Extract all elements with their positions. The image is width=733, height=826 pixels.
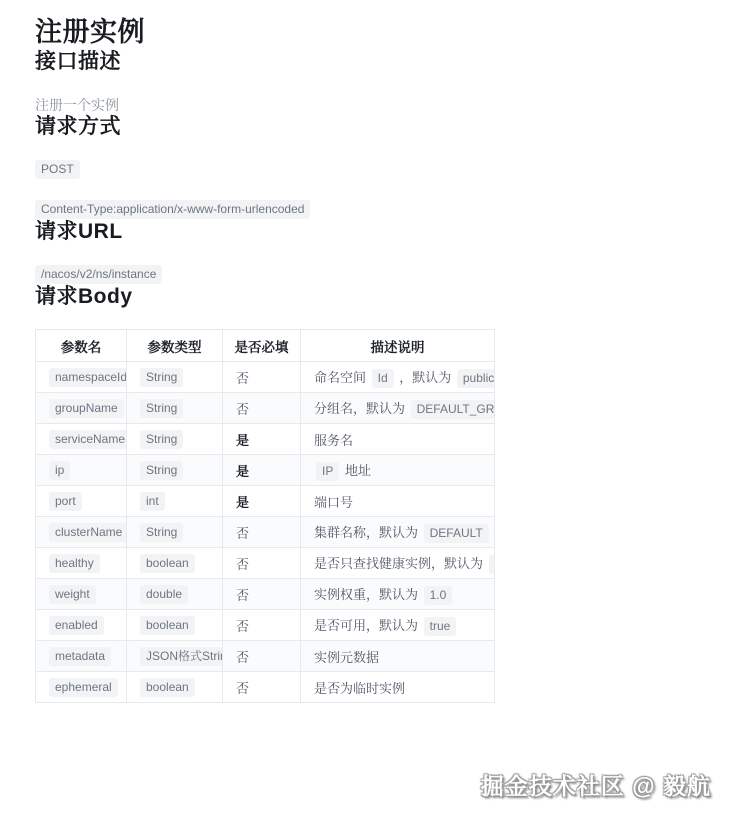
param-type-cell: String (127, 362, 223, 393)
document-body: 注册实例 接口描述 注册一个实例 请求方式 POST Content-Type:… (0, 0, 733, 703)
param-type-cell: String (127, 393, 223, 424)
param-name-badge: enabled (49, 616, 104, 635)
param-type-badge: String (140, 399, 183, 418)
required-cell: 是 (223, 424, 301, 455)
required-cell: 否 (223, 548, 301, 579)
required-cell: 否 (223, 672, 301, 703)
table-row: enabledboolean否是否可用，默认为 true (36, 610, 495, 641)
param-name-badge: ephemeral (49, 678, 118, 697)
section-heading-request-body: 请求Body (35, 284, 698, 310)
param-type-cell: boolean (127, 548, 223, 579)
page-title: 注册实例 (35, 16, 698, 49)
param-name-badge: metadata (49, 647, 111, 666)
content-type-badge: Content-Type:application/x-www-form-urle… (35, 200, 310, 219)
table-row: metadataJSON格式String否实例元数据 (36, 641, 495, 672)
request-url-badge: /nacos/v2/ns/instance (35, 265, 162, 284)
param-type-cell: double (127, 579, 223, 610)
param-name-cell: namespaceId (36, 362, 127, 393)
param-type-cell: JSON格式String (127, 641, 223, 672)
param-type-cell: int (127, 486, 223, 517)
description-cell: 实例元数据 (301, 641, 495, 672)
http-method-badge: POST (35, 160, 80, 179)
param-name-badge: clusterName (49, 523, 127, 542)
param-name-badge: groupName (49, 399, 124, 418)
param-name-cell: groupName (36, 393, 127, 424)
param-type-badge: JSON格式String (140, 647, 223, 666)
param-type-badge: boolean (140, 554, 195, 573)
param-name-badge: port (49, 492, 82, 511)
description-code-badge: DEFAULT (424, 524, 489, 543)
param-name-cell: weight (36, 579, 127, 610)
param-name-cell: healthy (36, 548, 127, 579)
description-code-badge: public (457, 369, 495, 388)
param-name-cell: port (36, 486, 127, 517)
description-cell: 是否为临时实例 (301, 672, 495, 703)
param-type-badge: double (140, 585, 188, 604)
param-name-cell: clusterName (36, 517, 127, 548)
param-name-cell: ip (36, 455, 127, 486)
url-badge-line: /nacos/v2/ns/instance (35, 265, 698, 284)
table-row: namespaceIdString否命名空间 Id ，默认为 public (36, 362, 495, 393)
description-code-badge: IP (316, 462, 339, 481)
description-cell: 实例权重，默认为 1.0 (301, 579, 495, 610)
col-header-description: 描述说明 (301, 330, 495, 362)
col-header-param-type: 参数类型 (127, 330, 223, 362)
param-type-badge: String (140, 368, 183, 387)
param-name-cell: enabled (36, 610, 127, 641)
param-type-cell: boolean (127, 610, 223, 641)
param-name-cell: ephemeral (36, 672, 127, 703)
section-heading-interface-desc: 接口描述 (35, 49, 698, 75)
table-row: ipString是IP 地址 (36, 455, 495, 486)
method-badge-line: POST (35, 160, 698, 179)
param-name-badge: serviceName (49, 430, 127, 449)
param-type-cell: String (127, 517, 223, 548)
table-row: weightdouble否实例权重，默认为 1.0 (36, 579, 495, 610)
description-code-badge: true (489, 555, 495, 574)
interface-desc-text: 注册一个实例 (35, 97, 698, 114)
param-name-cell: serviceName (36, 424, 127, 455)
section-heading-request-url: 请求URL (35, 219, 698, 245)
section-heading-request-method: 请求方式 (35, 114, 698, 140)
param-type-badge: String (140, 523, 183, 542)
description-cell: 是否可用，默认为 true (301, 610, 495, 641)
description-code-badge: 1.0 (424, 586, 453, 605)
content-type-badge-line: Content-Type:application/x-www-form-urle… (35, 200, 698, 219)
required-cell: 是 (223, 455, 301, 486)
params-table-header-row: 参数名 参数类型 是否必填 描述说明 (36, 330, 495, 362)
description-cell: 集群名称，默认为 DEFAULT (301, 517, 495, 548)
param-type-badge: boolean (140, 678, 195, 697)
description-code-badge: Id (372, 369, 394, 388)
watermark: 掘金技术社区 @ 毅航 (481, 768, 711, 801)
required-cell: 是 (223, 486, 301, 517)
param-name-badge: namespaceId (49, 368, 127, 387)
param-type-badge: String (140, 430, 183, 449)
table-row: serviceNameString是服务名 (36, 424, 495, 455)
param-type-cell: boolean (127, 672, 223, 703)
col-header-param-name: 参数名 (36, 330, 127, 362)
param-name-cell: metadata (36, 641, 127, 672)
required-cell: 否 (223, 362, 301, 393)
table-row: clusterNameString否集群名称，默认为 DEFAULT (36, 517, 495, 548)
table-row: healthyboolean否是否只查找健康实例，默认为 true (36, 548, 495, 579)
required-cell: 否 (223, 517, 301, 548)
params-table: 参数名 参数类型 是否必填 描述说明 namespaceIdString否命名空… (35, 329, 495, 703)
description-cell: 命名空间 Id ，默认为 public (301, 362, 495, 393)
description-cell: 分组名，默认为 DEFAULT_GROUP (301, 393, 495, 424)
required-cell: 否 (223, 393, 301, 424)
params-table-body: namespaceIdString否命名空间 Id ，默认为 publicgro… (36, 362, 495, 703)
description-cell: 服务名 (301, 424, 495, 455)
description-cell: IP 地址 (301, 455, 495, 486)
table-row: ephemeralboolean否是否为临时实例 (36, 672, 495, 703)
param-name-badge: ip (49, 461, 70, 480)
param-name-badge: healthy (49, 554, 100, 573)
param-type-cell: String (127, 455, 223, 486)
required-cell: 否 (223, 641, 301, 672)
table-row: portint是端口号 (36, 486, 495, 517)
description-code-badge: true (424, 617, 457, 636)
param-type-badge: String (140, 461, 183, 480)
param-name-badge: weight (49, 585, 96, 604)
param-type-cell: String (127, 424, 223, 455)
required-cell: 否 (223, 610, 301, 641)
param-type-badge: boolean (140, 616, 195, 635)
param-type-badge: int (140, 492, 165, 511)
required-cell: 否 (223, 579, 301, 610)
table-row: groupNameString否分组名，默认为 DEFAULT_GROUP (36, 393, 495, 424)
description-code-badge: DEFAULT_GROUP (411, 400, 495, 419)
description-cell: 是否只查找健康实例，默认为 true (301, 548, 495, 579)
description-cell: 端口号 (301, 486, 495, 517)
col-header-required: 是否必填 (223, 330, 301, 362)
